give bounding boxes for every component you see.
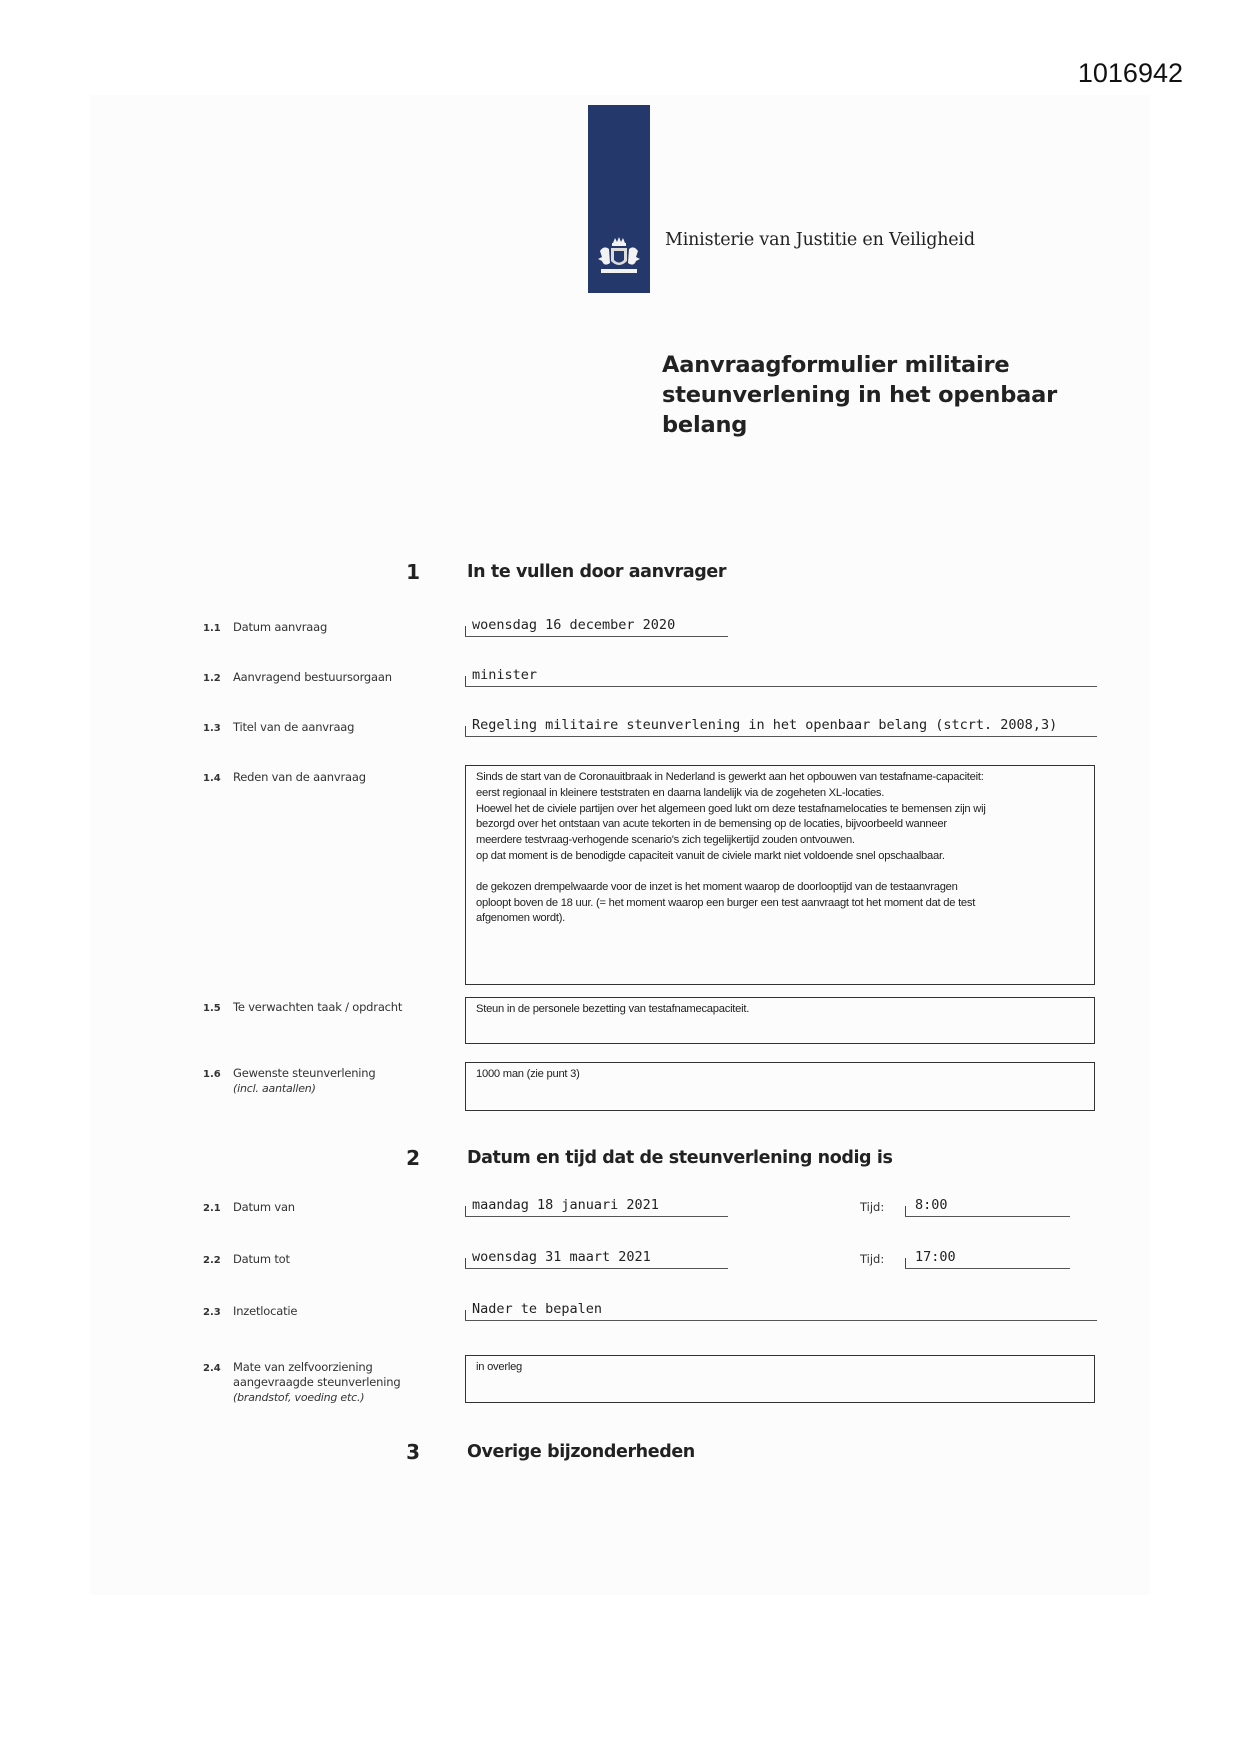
label-text: Gewenste steunverlening — [233, 1066, 376, 1081]
document-number: 1016942 — [1078, 58, 1183, 89]
reden-line: de gekozen drempelwaarde voor de inzet i… — [476, 880, 1084, 896]
form-title: Aanvraagformulier militaire steunverleni… — [662, 350, 1082, 440]
title-line: belang — [662, 410, 1082, 440]
field-number: 2.2 — [203, 1255, 221, 1266]
bestuursorgaan-field[interactable]: minister — [465, 666, 1097, 687]
reden-line: op dat moment is de benodigde capaciteit… — [476, 849, 1084, 865]
title-line: Aanvraagformulier militaire — [662, 350, 1082, 380]
section-2-number: 2 — [400, 1146, 420, 1170]
tijd-tot-field[interactable]: 17:00 — [905, 1248, 1070, 1269]
field-number: 1.6 — [203, 1069, 221, 1080]
section-1-title: In te vullen door aanvrager — [467, 562, 726, 582]
field-label-inzetlocatie: Inzetlocatie — [233, 1304, 297, 1319]
label-text: aangevraagde steunverlening — [233, 1375, 400, 1390]
taak-opdracht-textarea[interactable]: Steun in de personele bezetting van test… — [465, 997, 1095, 1044]
field-label-steunverlening: Gewenste steunverlening (incl. aantallen… — [233, 1066, 376, 1096]
datum-aanvraag-field[interactable]: woensdag 16 december 2020 — [465, 616, 728, 637]
field-label-titel: Titel van de aanvraag — [233, 720, 354, 735]
tijd-label: Tijd: — [860, 1252, 884, 1266]
ministry-name: Ministerie van Justitie en Veiligheid — [665, 230, 975, 250]
field-label-reden: Reden van de aanvraag — [233, 770, 366, 785]
section-2-title: Datum en tijd dat de steunverlening nodi… — [467, 1148, 893, 1168]
reden-line: bezorgd over het ontstaan van acute teko… — [476, 817, 1084, 833]
label-text: Mate van zelfvoorziening — [233, 1360, 400, 1375]
inzetlocatie-field[interactable]: Nader te bepalen — [465, 1300, 1097, 1321]
section-3-number: 3 — [400, 1440, 420, 1464]
reden-line: meerdere testvraag-verhogende scenario's… — [476, 833, 1084, 849]
field-label-bestuursorgaan: Aanvragend bestuursorgaan — [233, 670, 392, 685]
field-number: 1.1 — [203, 623, 221, 634]
coat-of-arms-icon — [594, 233, 644, 283]
reden-line: Hoewel het de civiele partijen over het … — [476, 802, 1084, 818]
title-line: steunverlening in het openbaar — [662, 380, 1082, 410]
reden-aanvraag-textarea[interactable]: Sinds de start van de Coronauitbraak in … — [465, 765, 1095, 985]
field-label-datum-van: Datum van — [233, 1200, 295, 1215]
gewenste-steunverlening-textarea[interactable]: 1000 man (zie punt 3) — [465, 1062, 1095, 1111]
label-subtext: (brandstof, voeding etc.) — [233, 1391, 364, 1404]
field-number: 2.4 — [203, 1363, 221, 1374]
reden-line: oploopt boven de 18 uur. (= het moment w… — [476, 896, 1084, 912]
field-number: 1.4 — [203, 773, 221, 784]
datum-van-field[interactable]: maandag 18 januari 2021 — [465, 1196, 728, 1217]
ministry-logo-bar — [588, 105, 650, 293]
field-label-datum-aanvraag: Datum aanvraag — [233, 620, 327, 635]
tijd-van-field[interactable]: 8:00 — [905, 1196, 1070, 1217]
label-subtext: (incl. aantallen) — [233, 1082, 316, 1095]
field-number: 2.1 — [203, 1203, 221, 1214]
reden-line: Sinds de start van de Coronauitbraak in … — [476, 770, 1084, 786]
section-1-number: 1 — [400, 560, 420, 584]
tijd-label: Tijd: — [860, 1200, 884, 1214]
field-number: 1.3 — [203, 723, 221, 734]
field-number: 2.3 — [203, 1307, 221, 1318]
reden-line: eerst regionaal in kleinere teststraten … — [476, 786, 1084, 802]
reden-line: afgenomen wordt). — [476, 911, 1084, 927]
field-label-datum-tot: Datum tot — [233, 1252, 290, 1267]
field-number: 1.5 — [203, 1003, 221, 1014]
datum-tot-field[interactable]: woensdag 31 maart 2021 — [465, 1248, 728, 1269]
field-label-taak: Te verwachten taak / opdracht — [233, 1000, 402, 1015]
field-number: 1.2 — [203, 673, 221, 684]
zelfvoorziening-textarea[interactable]: in overleg — [465, 1355, 1095, 1403]
titel-aanvraag-field[interactable]: Regeling militaire steunverlening in het… — [465, 716, 1097, 737]
section-3-title: Overige bijzonderheden — [467, 1442, 695, 1462]
field-label-zelfvoorziening: Mate van zelfvoorziening aangevraagde st… — [233, 1360, 400, 1405]
